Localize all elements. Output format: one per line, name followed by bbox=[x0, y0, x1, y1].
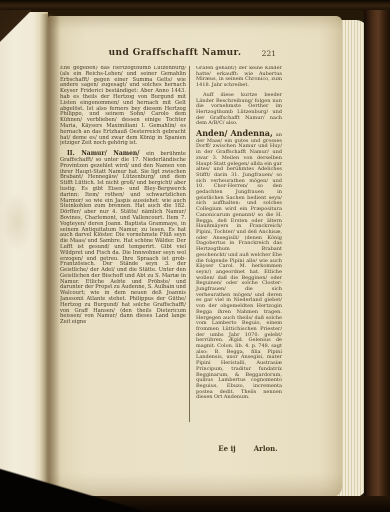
page-number: 221 bbox=[262, 49, 276, 58]
gutter-shadow bbox=[40, 14, 60, 498]
paragraph: Ehe gegeben) das Hertzogthumb Lützenburg… bbox=[60, 66, 186, 147]
background-shadow bbox=[0, 468, 150, 512]
catchword: Arlon. bbox=[254, 444, 278, 453]
paper-stain bbox=[2, 192, 32, 252]
signature-mark: Ee ij bbox=[218, 444, 235, 453]
page-header: und Graffschafft Namur. 221 bbox=[60, 48, 290, 62]
paragraph: Auff diese kurtze beeder Länder Beschrei… bbox=[196, 93, 282, 127]
book-photo: und Graffschafft Namur. 221 Ehe gegeben)… bbox=[0, 0, 390, 512]
running-title: und Graffschafft Namur. bbox=[60, 48, 290, 58]
paragraph-lead: Anden/ Andenna, bbox=[196, 128, 276, 138]
signature-row: Ee ij Arlon. bbox=[188, 444, 308, 453]
text-column-right: Grafen gehabt/) der keine Kinder hatte/ … bbox=[189, 66, 282, 422]
paragraph-lead: II. Namur/ Namen/ bbox=[67, 150, 146, 157]
paragraph: II. Namur/ Namen/ ein berühmte Graffscha… bbox=[60, 151, 186, 326]
book-cover-top-edge bbox=[0, 0, 390, 10]
text-column-left: Ehe gegeben) das Hertzogthumb Lützenburg… bbox=[60, 66, 186, 426]
text-columns: Ehe gegeben) das Hertzogthumb Lützenburg… bbox=[60, 66, 290, 426]
book-page: und Graffschafft Namur. 221 Ehe gegeben)… bbox=[48, 16, 342, 497]
paragraph: Anden/ Andenna, an der Maas/ ein gutes u… bbox=[196, 131, 282, 401]
book-cover-right bbox=[364, 0, 390, 512]
paragraph: Grafen gehabt/) der keine Kinder hatte/ … bbox=[196, 66, 282, 89]
